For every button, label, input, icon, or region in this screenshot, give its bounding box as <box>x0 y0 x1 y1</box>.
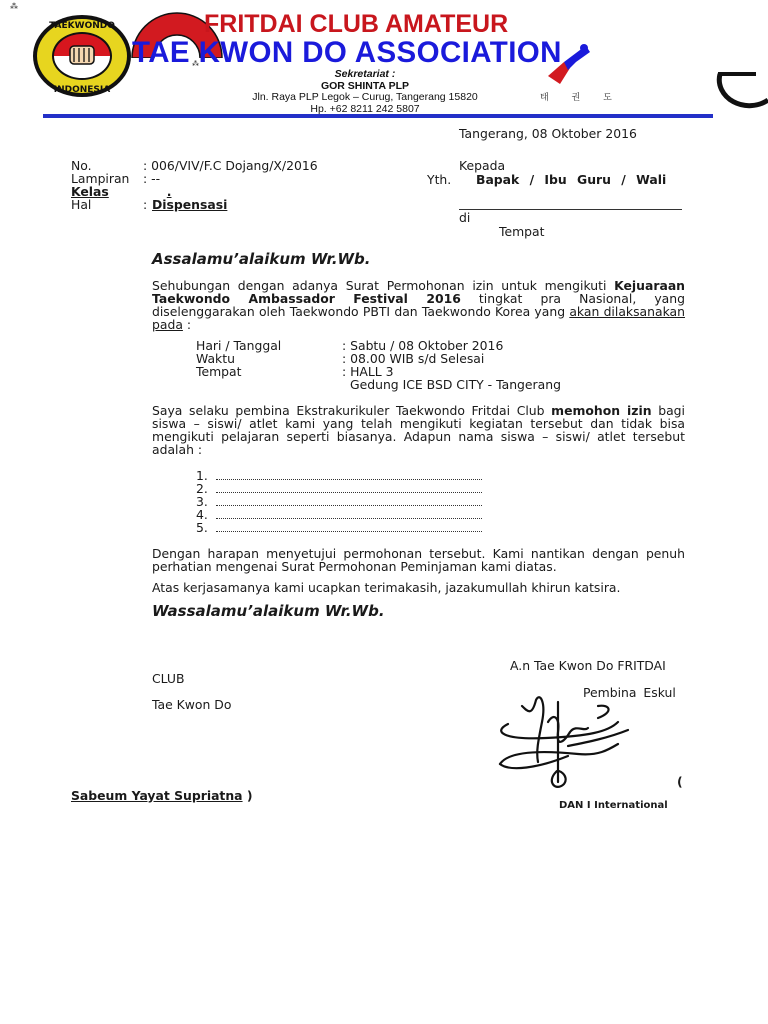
hal-colon: : <box>143 198 147 211</box>
paragraph-request: Saya selaku pembina Ekstrakurikuler Taek… <box>152 404 685 456</box>
date-line: Tangerang, 08 Oktober 2016 <box>459 127 637 140</box>
on-behalf-line: A.n Tae Kwon Do FRITDAI <box>510 659 666 672</box>
signatory-rank: DAN I International <box>559 800 668 811</box>
student-name-blank <box>216 509 482 519</box>
student-list-item: 3. <box>196 495 482 508</box>
student-list-item: 4. <box>196 508 482 521</box>
svg-text:TAEKWONDO: TAEKWONDO <box>49 21 115 31</box>
hal-value: Dispensasi <box>152 198 227 211</box>
tempat-label: Tempat <box>499 225 544 238</box>
club-line: CLUB <box>152 672 185 685</box>
student-name-blank <box>216 496 482 506</box>
yth-label: Yth. <box>427 173 451 186</box>
di-label: di <box>459 211 470 224</box>
scan-mark: ⁂ <box>10 2 18 11</box>
closing-greeting: Wassalamu’alaikum Wr.Wb. <box>152 602 385 620</box>
letterhead-rule <box>43 114 713 118</box>
addressee-line <box>459 209 682 210</box>
handwritten-signature-icon <box>498 692 668 792</box>
secretariat-block: Sekretariat : GOR SHINTA PLP Jln. Raya P… <box>200 69 530 115</box>
student-list-item: 1. <box>196 469 482 482</box>
kepada-label: Kepada <box>459 159 505 172</box>
korean-text: 태 권 도 <box>540 90 622 103</box>
student-number: 5. <box>196 520 208 535</box>
student-name-blank <box>216 522 482 532</box>
signature-paren-close: ) <box>243 788 253 803</box>
student-list-item: 2. <box>196 482 482 495</box>
scan-mark: ⁂ <box>192 60 199 68</box>
svg-text:INDONESIA: INDONESIA <box>54 85 111 95</box>
addressee: Bapak / Ibu Guru / Wali <box>476 173 666 186</box>
student-list: 1. 2. 3. 4. 5. <box>196 469 482 534</box>
secretariat-label: Sekretariat : <box>200 69 530 81</box>
no-value: : 006/VIV/F.C Dojang/X/2016 <box>143 159 318 172</box>
signatory-name-line: Sabeum Yayat Supriatna ) <box>71 789 253 802</box>
student-name-blank <box>216 470 482 480</box>
partial-emblem-icon <box>716 70 768 110</box>
para1-end: : <box>183 317 191 332</box>
secretariat-address: Jln. Raya PLP Legok – Curug, Tangerang 1… <box>200 92 530 104</box>
paragraph-thanks: Atas kerjasamanya kami ucapkan terimakas… <box>152 581 620 594</box>
event-label-place: Tempat <box>196 365 241 378</box>
org-line: Tae Kwon Do <box>152 698 231 711</box>
paragraph-intro: Sehubungan dengan adanya Surat Permohona… <box>152 279 685 331</box>
signature-paren-open: ( <box>677 775 683 788</box>
club-title: FRITDAI CLUB AMATEUR <box>204 10 508 39</box>
taekwondo-indonesia-logo-icon: TAEKWONDO INDONESIA <box>32 14 132 98</box>
lampiran-value: : -- <box>143 172 160 185</box>
student-name-blank <box>216 483 482 493</box>
greeting: Assalamu’alaikum Wr.Wb. <box>152 250 371 268</box>
paragraph-hope: Dengan harapan menyetujui permohonan ter… <box>152 547 685 573</box>
student-list-item: 5. <box>196 521 482 534</box>
hal-label: Hal <box>71 198 91 211</box>
taekwondo-kicker-icon <box>540 40 600 88</box>
signatory-name: Sabeum Yayat Supriatna <box>71 788 243 803</box>
event-venue-line2: Gedung ICE BSD CITY - Tangerang <box>350 378 561 391</box>
